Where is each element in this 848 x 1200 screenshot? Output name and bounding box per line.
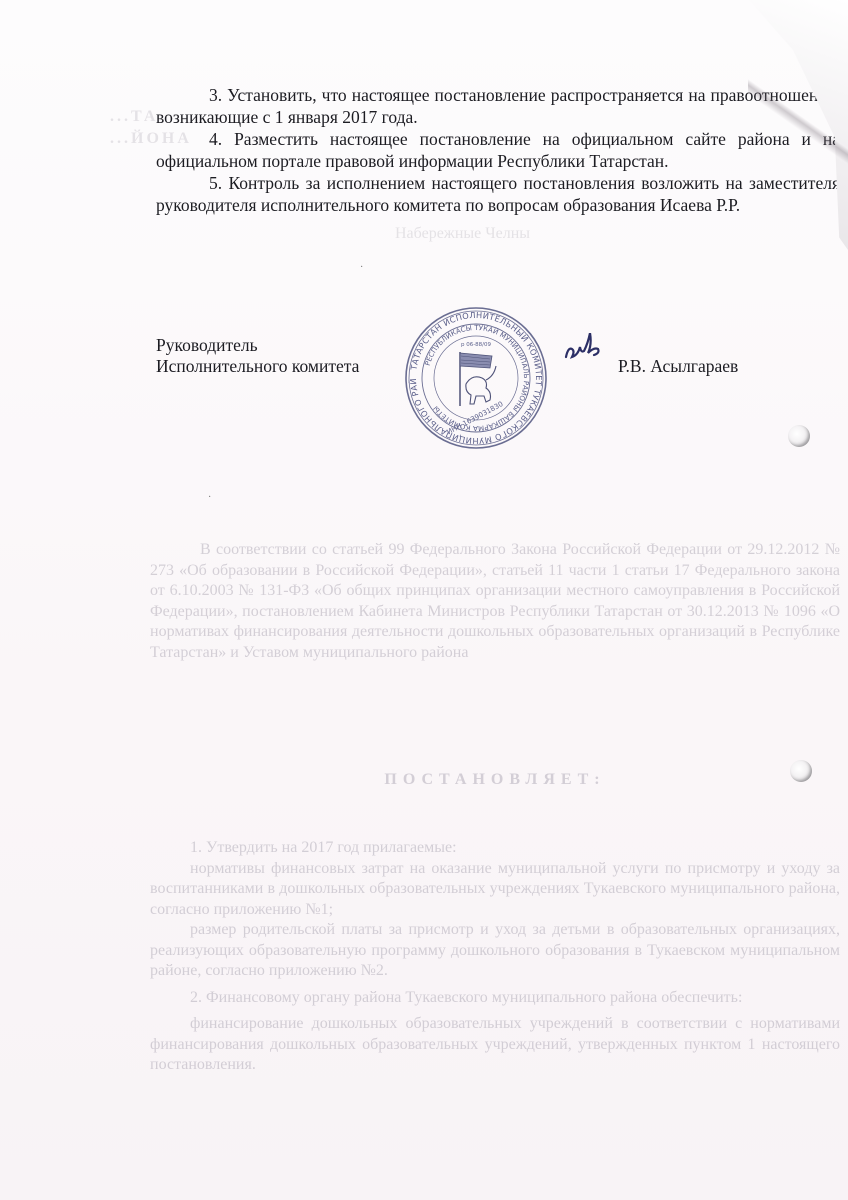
folded-corner-edge	[748, 0, 848, 240]
document-body: 3. Установить, что настоящее постановлен…	[156, 84, 840, 216]
signer-name: Р.В. Асылгараев	[618, 356, 738, 377]
official-stamp-icon: ТАТАРСТАН ИСПОЛНИТЕЛЬНЫЙ КОМИТЕТ ТУКАЕВС…	[404, 306, 548, 450]
punch-hole-icon	[790, 760, 812, 782]
speck: ·	[360, 262, 363, 273]
bleed-preamble-text: В соответствии со статьей 99 Федеральног…	[150, 540, 840, 663]
bleed-date-line: Набережные Челны	[395, 225, 530, 243]
bleed-item: 1. Утвердить на 2017 год прилагаемые:	[150, 838, 840, 859]
punch-hole-icon	[788, 425, 810, 447]
bleed-item: финансирование дошкольных образовательны…	[150, 1014, 840, 1076]
bleed-item: размер родительской платы за присмотр и …	[150, 920, 840, 982]
bleed-preamble: В соответствии со статьей 99 Федеральног…	[150, 540, 840, 663]
bleed-items: 1. Утвердить на 2017 год прилагаемые: но…	[150, 838, 840, 1076]
handwritten-signature-icon	[562, 333, 606, 361]
bleed-header-fragment: ...ТА	[110, 108, 158, 126]
svg-text:р 06-88/09: р 06-88/09	[461, 342, 492, 348]
paragraph-3: 3. Установить, что настоящее постановлен…	[156, 84, 840, 128]
bleed-title-block: ПОСТАНОВЛЯЕТ:	[150, 770, 840, 791]
paragraph-4: 4. Разместить настоящее постановление на…	[156, 128, 840, 172]
bleed-title: ПОСТАНОВЛЯЕТ:	[150, 770, 840, 791]
bleed-item: 2. Финансовому органу района Тукаевского…	[150, 988, 840, 1009]
bleed-item: нормативы финансовых затрат на оказание …	[150, 859, 840, 921]
scanned-page: ...ТА ...ЙОНА Набережные Челны В соответ…	[0, 0, 848, 1200]
speck: ·	[208, 492, 211, 503]
paragraph-5: 5. Контроль за исполнением настоящего по…	[156, 172, 840, 216]
